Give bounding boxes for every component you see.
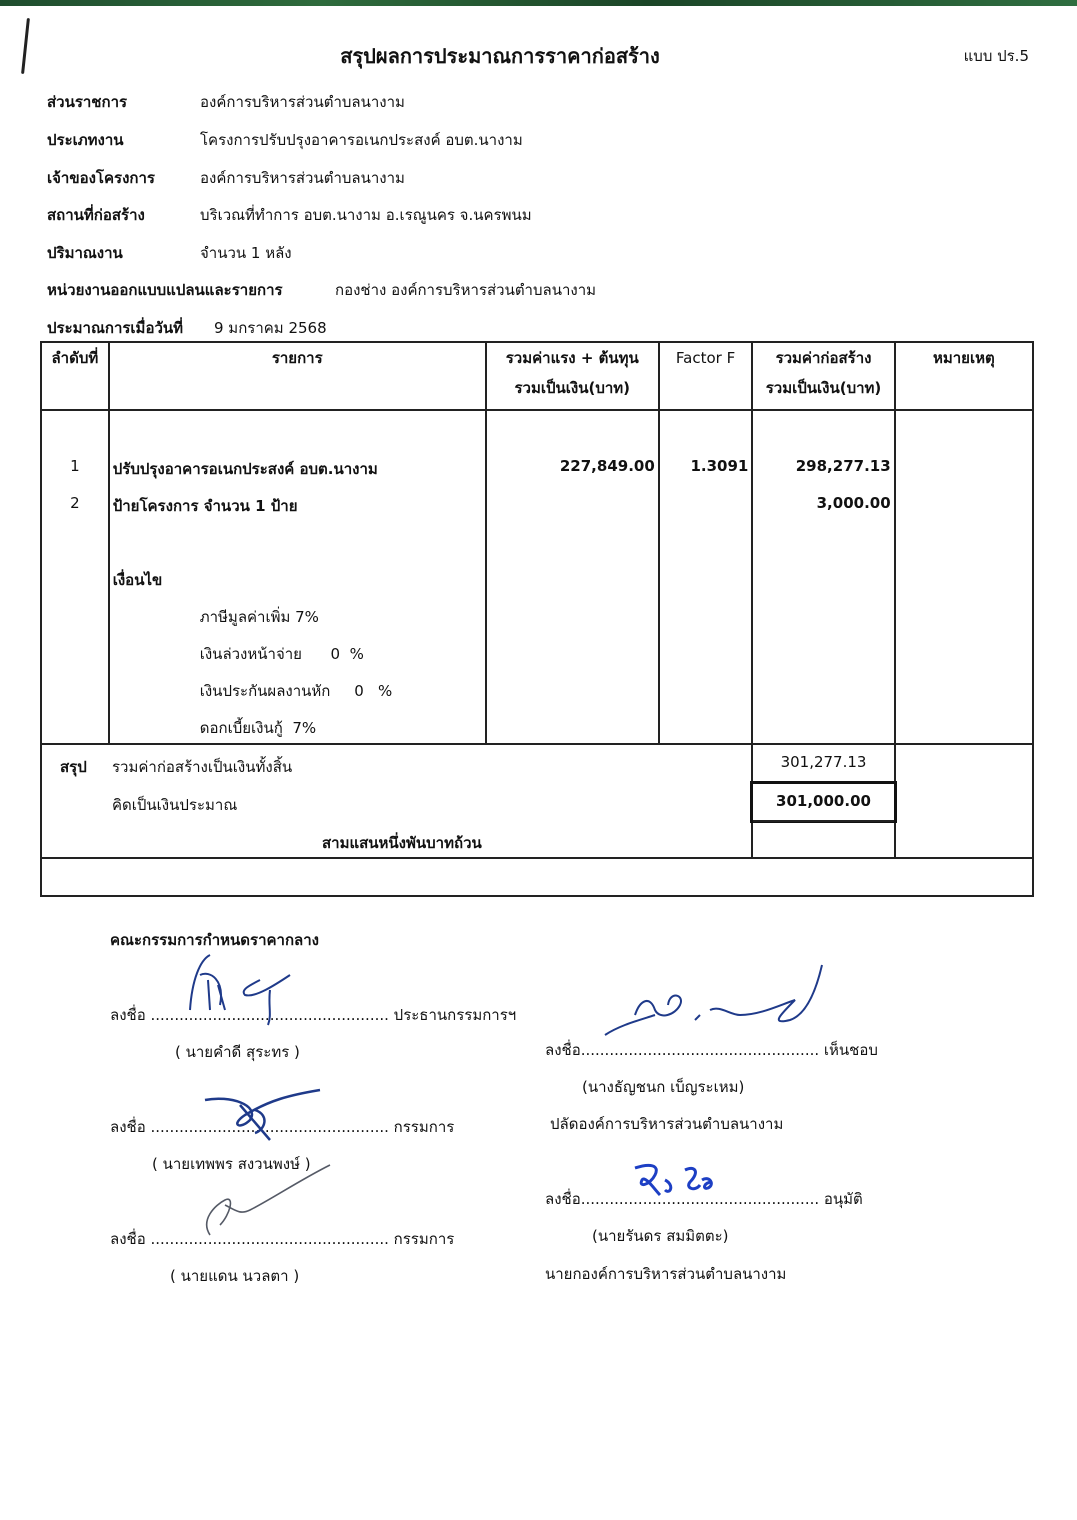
summary-label: สรุป [60,755,87,779]
table-header-row: ลำดับที่ รายการ รวมค่าแรง + ต้นทุนรวมเป็… [41,342,1033,410]
info-value: องค์การบริหารส่วนตำบลนางาม [200,166,405,190]
info-label: ประเภทงาน [47,128,200,152]
condition-vat: ภาษีมูลค่าเพิ่ม 7% [200,605,319,629]
signature-chair-icon [180,950,300,1030]
info-value: จำนวน 1 หลัง [200,241,292,265]
conditions-heading: เงื่อนไข [113,568,163,592]
table-body: 1 2 ปรับปรุงอาคารอเนกประสงค์ อบต.นางาม ป… [41,410,1033,744]
col-note [895,410,1033,744]
info-label: ส่วนราชการ [47,90,200,114]
signature-line-chair: ลงชื่อ .................................… [110,1003,516,1027]
signer-role: กรรมการ [394,1230,455,1248]
info-agency: ส่วนราชการองค์การบริหารส่วนตำบลนางาม [47,90,405,114]
signature-approve2-icon [630,1160,730,1205]
signature-member1-icon [200,1085,330,1145]
rounded-total-box: 301,000.00 [750,781,896,823]
summary-note [895,744,1033,858]
info-quantity: ปริมาณงานจำนวน 1 หลัง [47,241,292,265]
info-work-type: ประเภทงานโครงการปรับปรุงอาคารอเนกประสงค์… [47,128,523,152]
col-factor: 1.3091 [659,410,753,744]
info-design-unit: หน่วยงานออกแบบแปลนและรายการกองช่าง องค์ก… [47,278,596,302]
rounded-total-label: คิดเป็นเงินประมาณ [112,793,237,817]
info-label: ประมาณการเมื่อวันที่ [47,316,214,340]
col-total: 298,277.13 3,000.00 [752,410,894,744]
row-factor: 1.3091 [690,457,748,475]
header-factor: Factor F [659,342,753,410]
signer-role: กรรมการ [394,1118,455,1136]
grand-total-value: 301,277.13 [753,753,893,771]
signature-approve1-icon [600,960,830,1050]
signer-name-approve2: (นายรันดร สมมิตตะ) [592,1224,729,1248]
signer-position-approve2: นายกองค์การบริหารส่วนตำบลนางาม [545,1262,786,1286]
header-note: หมายเหตุ [895,342,1033,410]
summary-values: 301,277.13 301,000.00 [752,744,894,858]
header-cost: รวมค่าแรง + ต้นทุนรวมเป็นเงิน(บาท) [486,342,659,410]
committee-heading: คณะกรรมการกำหนดราคากลาง [110,928,319,952]
info-location: สถานที่ก่อสร้างบริเวณที่ทำการ อบต.นางาม … [47,203,532,227]
form-code: แบบ ปร.5 [964,44,1029,68]
row-total: 298,277.13 [796,457,891,475]
scan-top-band [0,0,1077,6]
amount-in-words: สามแสนหนึ่งพันบาทถ้วน [322,831,482,855]
col-item: ปรับปรุงอาคารอเนกประสงค์ อบต.นางาม ป้ายโ… [109,410,486,744]
row-no: 2 [42,494,108,512]
signer-name-approve1: (นางธัญชนก เบ็ญระเหม) [582,1075,744,1099]
row-cost: 227,849.00 [560,457,655,475]
signer-role: ประธานกรรมการฯ [394,1006,517,1024]
signature-member2-icon [200,1160,340,1240]
summary-labels: สรุป รวมค่าก่อสร้างเป็นเงินทั้งสิ้น คิดเ… [41,744,752,858]
condition-guarantee: เงินประกันผลงานหัก 0 % [200,679,393,703]
signer-name-member2: ( นายแดน นวลตา ) [170,1264,299,1288]
rounded-total-value: 301,000.00 [753,792,893,810]
info-value: บริเวณที่ทำการ อบต.นางาม อ.เรณูนคร จ.นคร… [200,203,532,227]
info-label: หน่วยงานออกแบบแปลนและรายการ [47,278,335,302]
info-label: เจ้าของโครงการ [47,166,200,190]
info-value: 9 มกราคม 2568 [214,316,327,340]
row-total: 3,000.00 [817,494,891,512]
table-footer-row [41,858,1033,896]
grand-total-label: รวมค่าก่อสร้างเป็นเงินทั้งสิ้น [112,755,292,779]
info-label: ปริมาณงาน [47,241,200,265]
info-estimate-date: ประมาณการเมื่อวันที่9 มกราคม 2568 [47,316,327,340]
signer-role: อนุมัติ [824,1190,863,1208]
row-item: ป้ายโครงการ จำนวน 1 ป้าย [113,494,298,518]
info-value: โครงการปรับปรุงอาคารอเนกประสงค์ อบต.นางา… [200,128,523,152]
col-cost: 227,849.00 [486,410,659,744]
info-owner: เจ้าของโครงการองค์การบริหารส่วนตำบลนางาม [47,166,405,190]
row-no: 1 [42,457,108,475]
col-no: 1 2 [41,410,109,744]
header-no: ลำดับที่ [41,342,109,410]
row-item: ปรับปรุงอาคารอเนกประสงค์ อบต.นางาม [113,457,378,481]
info-value: กองช่าง องค์การบริหารส่วนตำบลนางาม [335,278,596,302]
estimate-table: ลำดับที่ รายการ รวมค่าแรง + ต้นทุนรวมเป็… [40,341,1034,897]
condition-interest: ดอกเบี้ยเงินกู้ 7% [200,716,316,740]
signer-role: เห็นชอบ [824,1041,878,1059]
document-title: สรุปผลการประมาณการราคาก่อสร้าง [0,40,1000,72]
header-total: รวมค่าก่อสร้างรวมเป็นเงิน(บาท) [752,342,894,410]
header-item: รายการ [109,342,486,410]
info-label: สถานที่ก่อสร้าง [47,203,200,227]
summary-row: สรุป รวมค่าก่อสร้างเป็นเงินทั้งสิ้น คิดเ… [41,744,1033,858]
condition-advance: เงินล่วงหน้าจ่าย 0 % [200,642,364,666]
signer-position-approve1: ปลัดองค์การบริหารส่วนตำบลนางาม [550,1112,783,1136]
info-value: องค์การบริหารส่วนตำบลนางาม [200,90,405,114]
signer-name-chair: ( นายคำดี สุระทร ) [175,1040,300,1064]
